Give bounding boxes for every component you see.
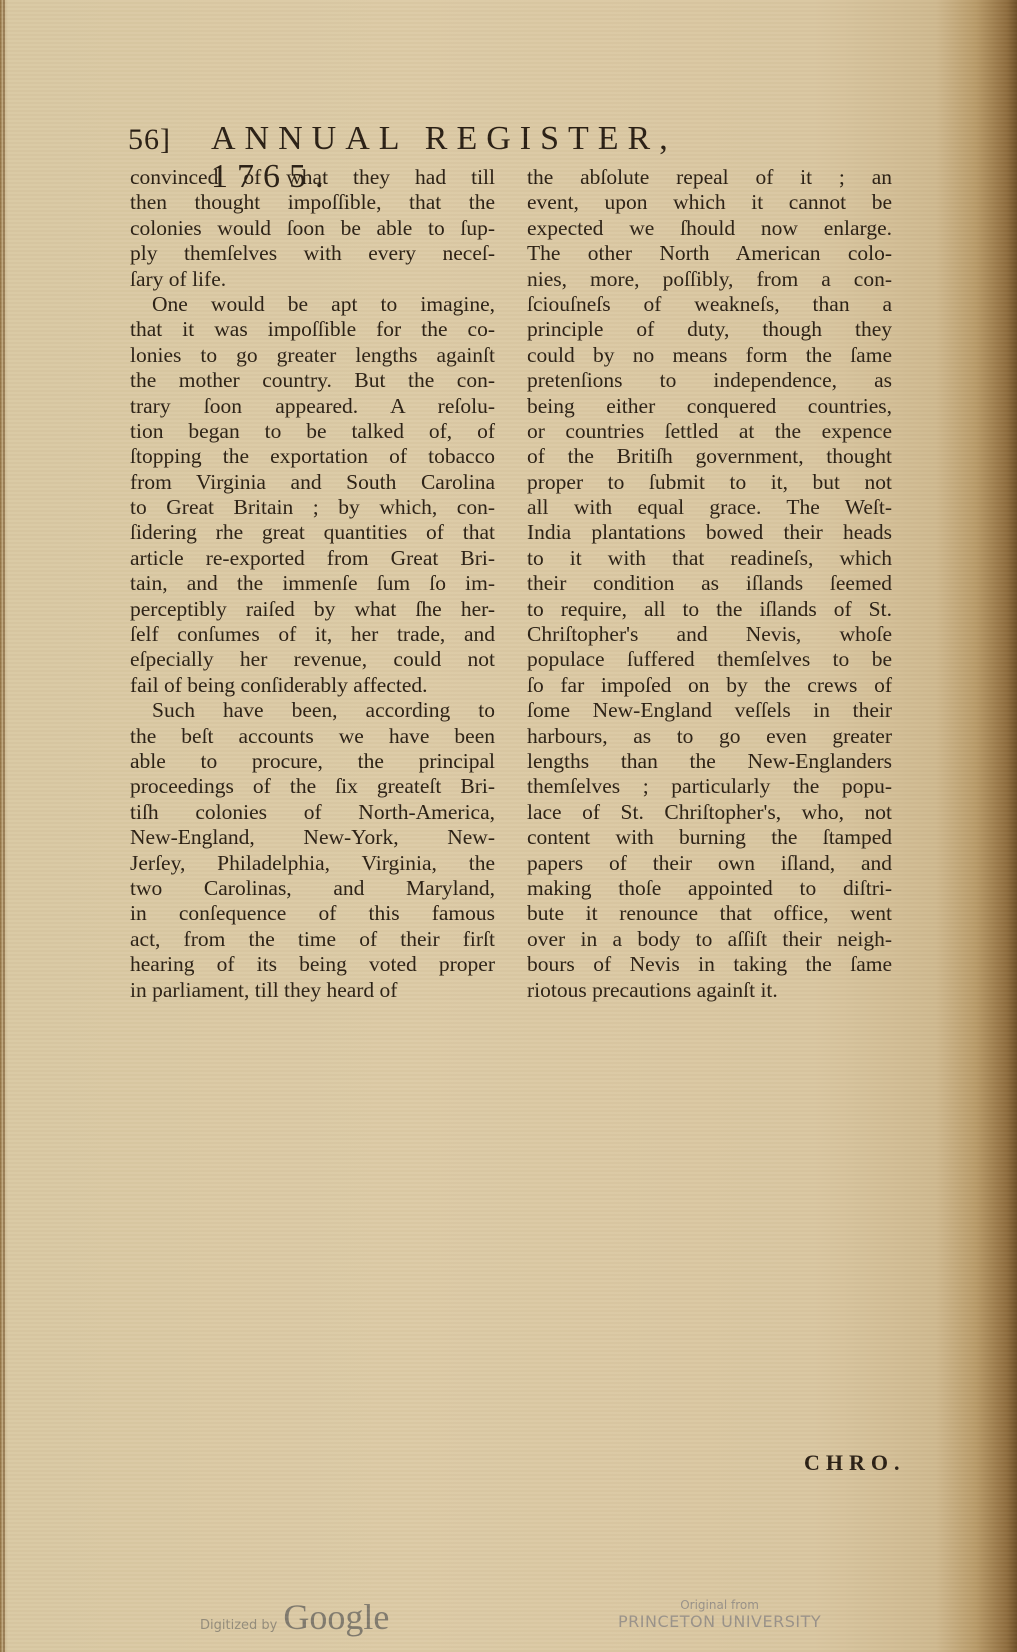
text-line: colonies would ſoon be able to ſup- [130,216,495,241]
text-line: ſo far impoſed on by the crews of [527,673,892,698]
text-line: to it with that readineſs, which [527,546,892,571]
running-head: 56] ANNUAL REGISTER, 1765. [128,120,808,164]
text-line: hearing of its being voted proper [130,952,495,977]
right-column: the abſolute repeal of it ; anevent, upo… [527,165,892,1003]
text-line: ply themſelves with every neceſ- [130,241,495,266]
text-line: ſidering rhe great quantities of that [130,520,495,545]
institution-name: PRINCETON UNIVERSITY [618,1612,821,1631]
text-line: content with burning the ſtamped [527,825,892,850]
text-line: the abſolute repeal of it ; an [527,165,892,190]
digitized-by-label: Digitized by [200,1618,277,1633]
text-line: harbours, as to go even greater [527,724,892,749]
text-line: or countries ſettled at the expence [527,419,892,444]
text-line: ſelf conſumes of it, her trade, and [130,622,495,647]
text-line: themſelves ; particularly the popu- [527,774,892,799]
google-logo: Google [283,1596,389,1638]
page-edge-rule [3,0,5,1652]
text-line: tain, and the immenſe ſum ſo im- [130,571,495,596]
text-line: bute it renounce that office, went [527,901,892,926]
original-from-label: Original from [618,1598,821,1612]
text-line: lace of St. Chriſtopher's, who, not [527,800,892,825]
text-line: bours of Nevis in taking the ſame [527,952,892,977]
text-line: Such have been, according to [130,698,495,723]
text-columns: convinced of what they had tillthen thou… [130,165,892,1003]
text-line: proper to ſubmit to it, but not [527,470,892,495]
text-line: The other North American colo- [527,241,892,266]
scanned-page: 56] ANNUAL REGISTER, 1765. convinced of … [0,0,1017,1652]
text-line: their condition as iſlands ſeemed [527,571,892,596]
text-line: the mother country. But the con- [130,368,495,393]
left-column: convinced of what they had tillthen thou… [130,165,495,1003]
text-line: trary ſoon appeared. A reſolu- [130,394,495,419]
text-line: event, upon which it cannot be [527,190,892,215]
google-digitized-watermark: Digitized by Google [200,1596,389,1638]
text-line: New-England, New-York, New- [130,825,495,850]
text-line: nies, more, poſſibly, from a con- [527,267,892,292]
text-line: tion began to be talked of, of [130,419,495,444]
text-line: able to procure, the principal [130,749,495,774]
page-number: 56] [128,123,171,157]
text-line: from Virginia and South Carolina [130,470,495,495]
text-line: populace ſuffered themſelves to be [527,647,892,672]
original-from-watermark: Original from PRINCETON UNIVERSITY [618,1598,821,1631]
text-line: convinced of what they had till [130,165,495,190]
text-line: perceptibly raiſed by what ſhe her- [130,597,495,622]
text-line: expected we ſhould now enlarge. [527,216,892,241]
text-line: act, from the time of their firſt [130,927,495,952]
text-line: two Carolinas, and Maryland, [130,876,495,901]
text-line: the beſt accounts we have been [130,724,495,749]
text-line: over in a body to aſſiſt their neigh- [527,927,892,952]
text-line: could by no means form the ſame [527,343,892,368]
text-line: tiſh colonies of North-America, [130,800,495,825]
text-line: ſciouſneſs of weakneſs, than a [527,292,892,317]
text-line: fail of being conſiderably affected. [130,673,495,698]
text-line: proceedings of the ſix greateſt Bri- [130,774,495,799]
text-line: all with equal grace. The Weſt- [527,495,892,520]
text-line: lonies to go greater lengths againſt [130,343,495,368]
text-line: principle of duty, though they [527,317,892,342]
text-line: pretenſions to independence, as [527,368,892,393]
text-line: in conſequence of this famous [130,901,495,926]
text-line: Jerſey, Philadelphia, Virginia, the [130,851,495,876]
text-line: Chriſtopher's and Nevis, whoſe [527,622,892,647]
text-line: making thoſe appointed to diſtri- [527,876,892,901]
text-line: that it was impoſſible for the co- [130,317,495,342]
text-line: then thought impoſſible, that the [130,190,495,215]
text-line: riotous precautions againſt it. [527,978,892,1003]
text-line: of the Britiſh government, thought [527,444,892,469]
text-line: ſary of life. [130,267,495,292]
text-line: in parliament, till they heard of [130,978,495,1003]
text-line: papers of their own iſland, and [527,851,892,876]
text-line: lengths than the New-Englanders [527,749,892,774]
text-line: ſome New-England veſſels in their [527,698,892,723]
text-line: India plantations bowed their heads [527,520,892,545]
catchword: CHRO. [804,1450,906,1476]
text-line: article re-exported from Great Bri- [130,546,495,571]
text-line: being either conquered countries, [527,394,892,419]
text-line: to require, all to the iſlands of St. [527,597,892,622]
text-line: eſpecially her revenue, could not [130,647,495,672]
text-line: One would be apt to imagine, [130,292,495,317]
text-line: to Great Britain ; by which, con- [130,495,495,520]
text-line: ſtopping the exportation of tobacco [130,444,495,469]
